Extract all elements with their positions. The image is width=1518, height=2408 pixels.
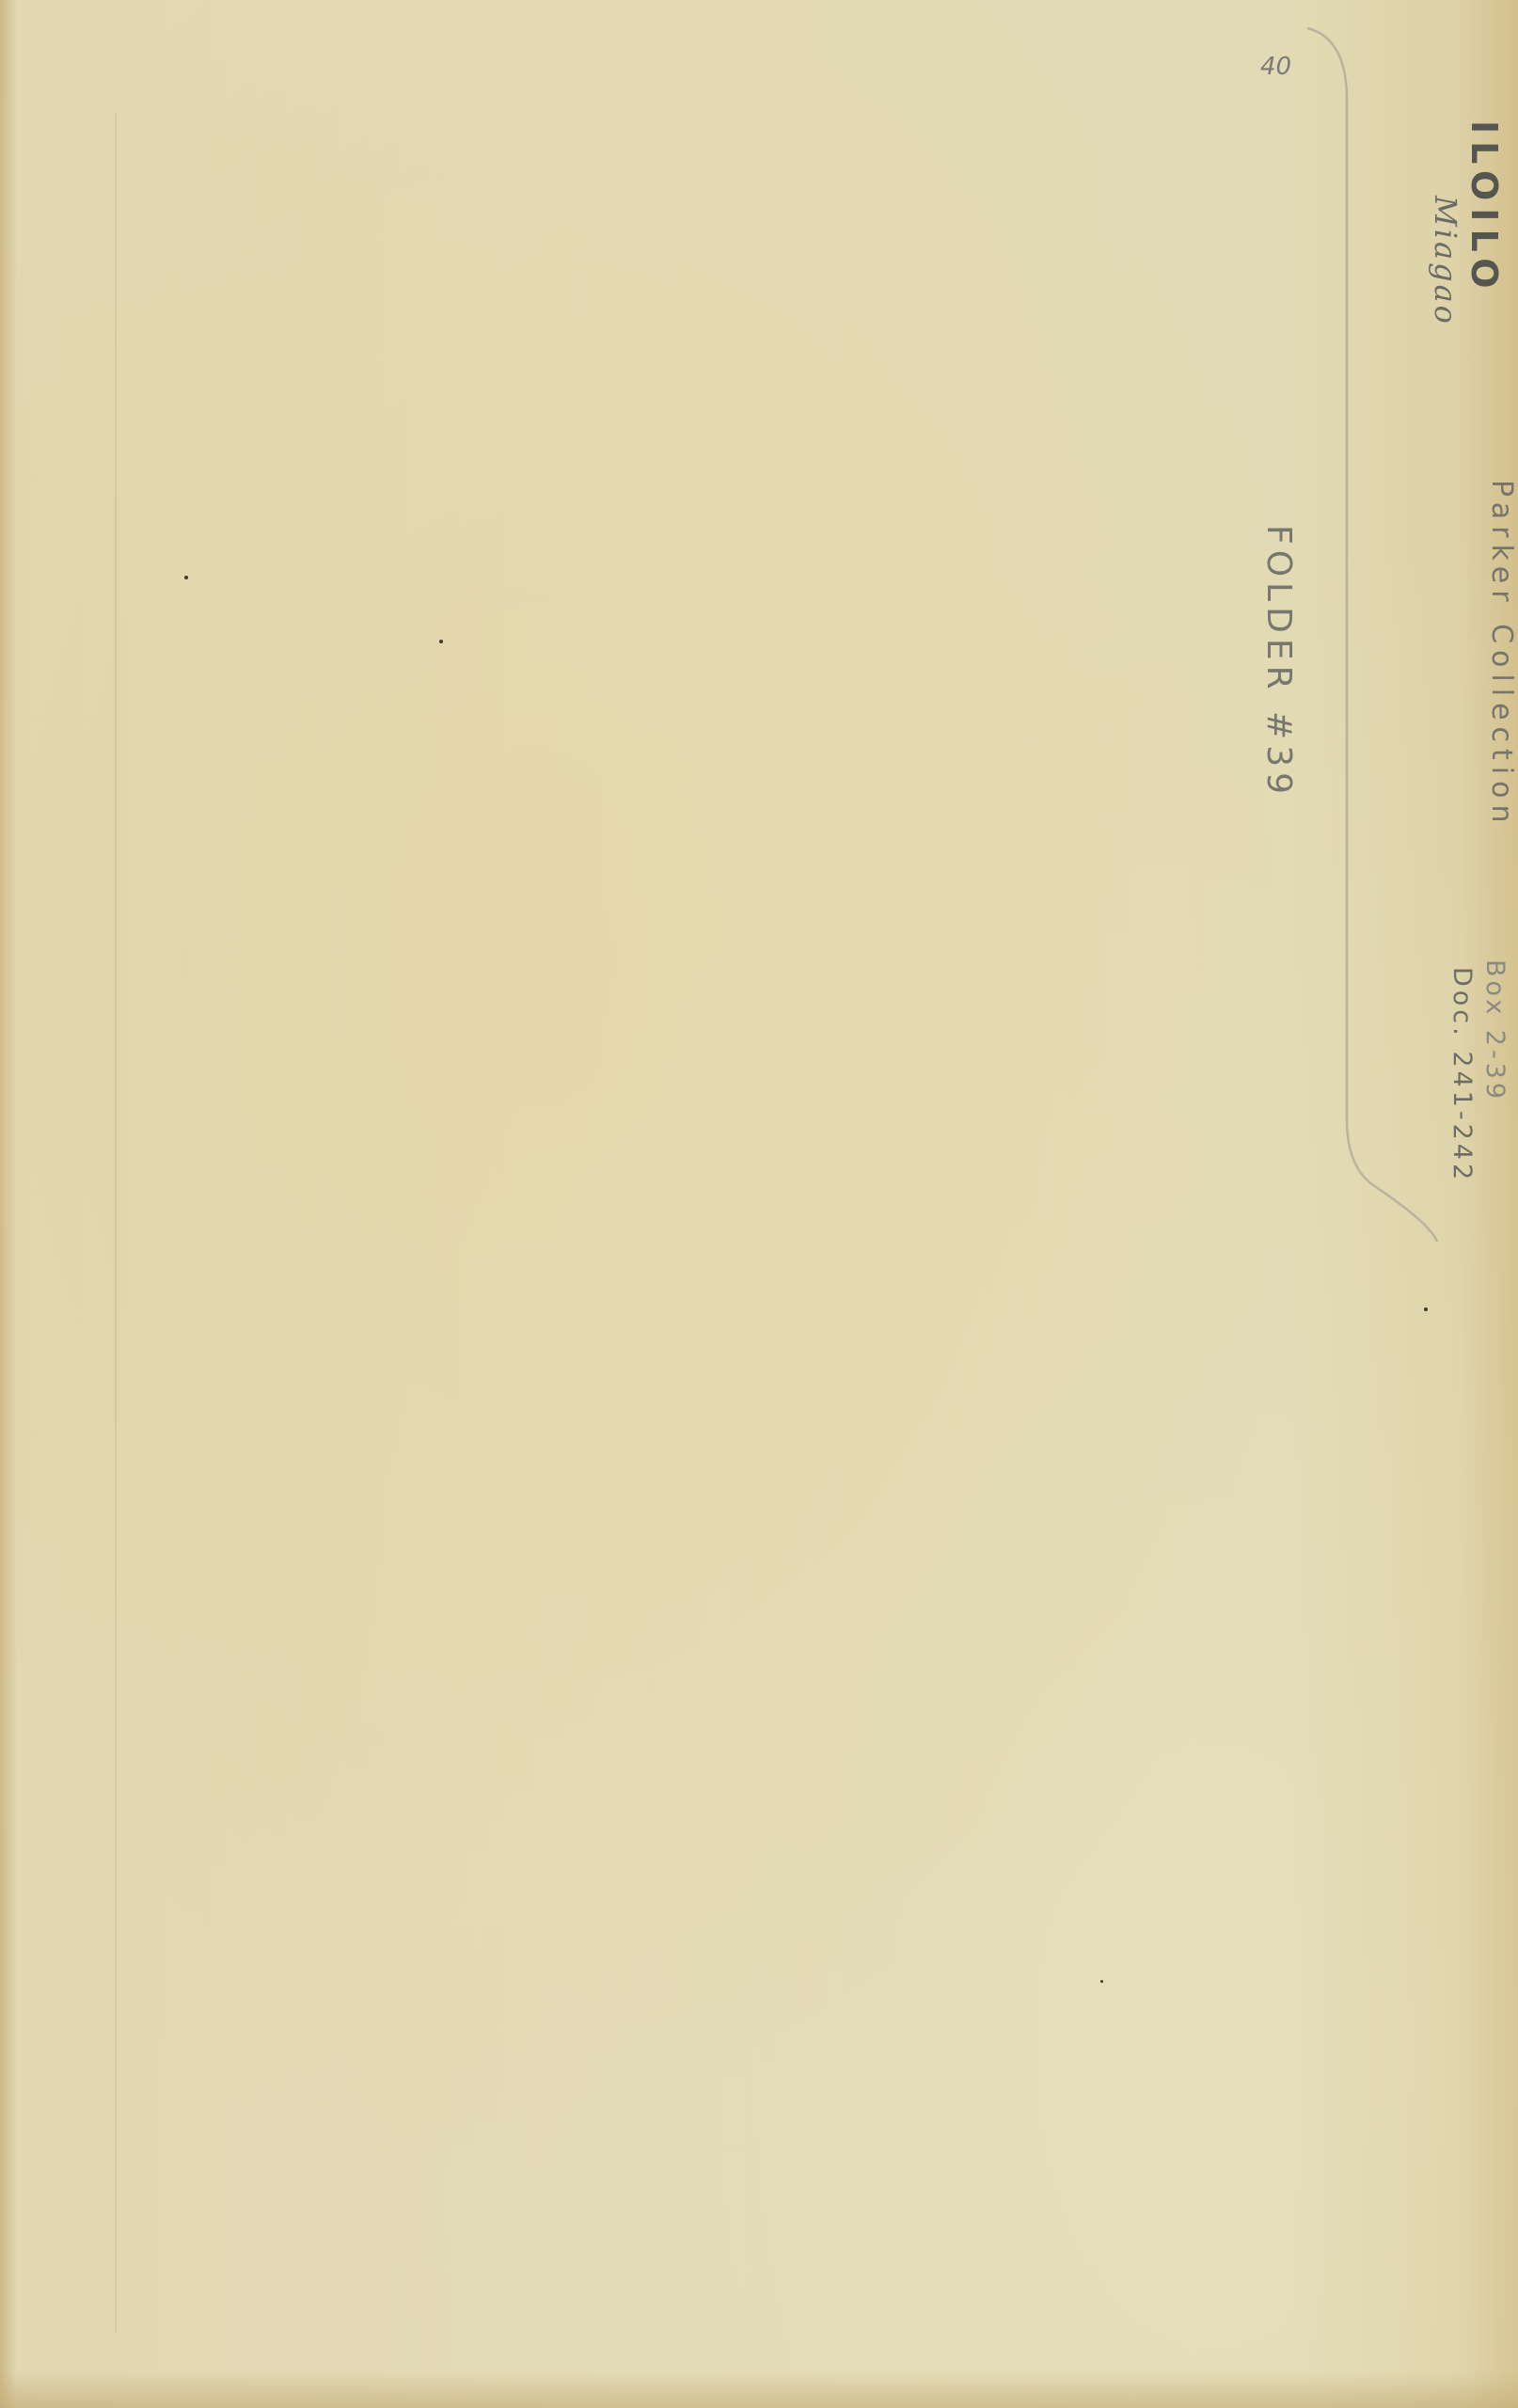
tab-place-label: ILOILO xyxy=(1463,120,1505,296)
tab-box-label: Box 2-39 xyxy=(1480,959,1510,1102)
tab-municipality-label: Miagao xyxy=(1428,196,1463,326)
manila-folder: 40 ILOILO Miagao Parker Collection Box 2… xyxy=(0,0,1518,2408)
folder-number-label: FOLDER #39 xyxy=(1259,525,1298,800)
paper-speck xyxy=(439,640,443,643)
tab-documents-label: Doc. 241-242 xyxy=(1447,967,1477,1183)
fold-crease xyxy=(115,113,117,2333)
folder-tab-outline xyxy=(0,0,1518,2408)
paper-speck xyxy=(184,576,188,579)
page-number: 40 xyxy=(1260,53,1291,81)
paper-speck xyxy=(1100,1980,1103,1983)
tab-collection-label: Parker Collection xyxy=(1485,480,1518,829)
paper-speck xyxy=(1424,1307,1428,1311)
